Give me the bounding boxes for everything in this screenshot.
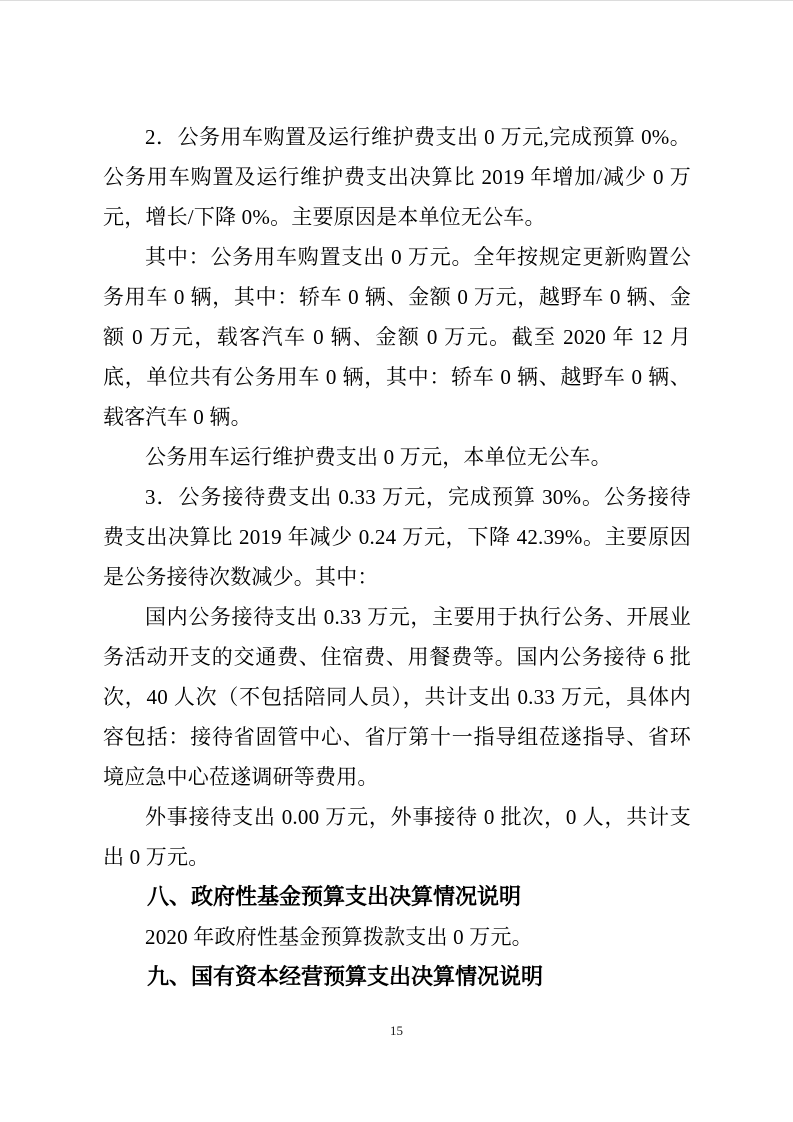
page-number: 15 [0, 1023, 793, 1039]
paragraph-vehicle-purchase-detail: 其中：公务用车购置支出 0 万元。全年按规定更新购置公务用车 0 辆，其中：轿车… [103, 237, 691, 437]
paragraph-vehicle-purchase-maintenance-summary: 2．公务用车购置及运行维护费支出 0 万元,完成预算 0%。公务用车购置及运行维… [103, 117, 691, 237]
paragraph-vehicle-maintenance: 公务用车运行维护费支出 0 万元，本单位无公车。 [103, 437, 691, 477]
heading-section-nine-state-capital: 九、国有资本经营预算支出决算情况说明 [103, 957, 691, 997]
paragraph-domestic-reception-detail: 国内公务接待支出 0.33 万元，主要用于执行公务、开展业务活动开支的交通费、住… [103, 597, 691, 797]
paragraph-foreign-reception: 外事接待支出 0.00 万元，外事接待 0 批次，0 人，共计支出 0 万元。 [103, 797, 691, 877]
paragraph-government-fund-expenditure: 2020 年政府性基金预算拨款支出 0 万元。 [103, 917, 691, 957]
document-body: 2．公务用车购置及运行维护费支出 0 万元,完成预算 0%。公务用车购置及运行维… [103, 117, 691, 997]
paragraph-reception-expense-summary: 3．公务接待费支出 0.33 万元，完成预算 30%。公务接待费支出决算比 20… [103, 477, 691, 597]
document-page: 2．公务用车购置及运行维护费支出 0 万元,完成预算 0%。公务用车购置及运行维… [0, 0, 793, 1122]
heading-section-eight-government-fund: 八、政府性基金预算支出决算情况说明 [103, 877, 691, 917]
